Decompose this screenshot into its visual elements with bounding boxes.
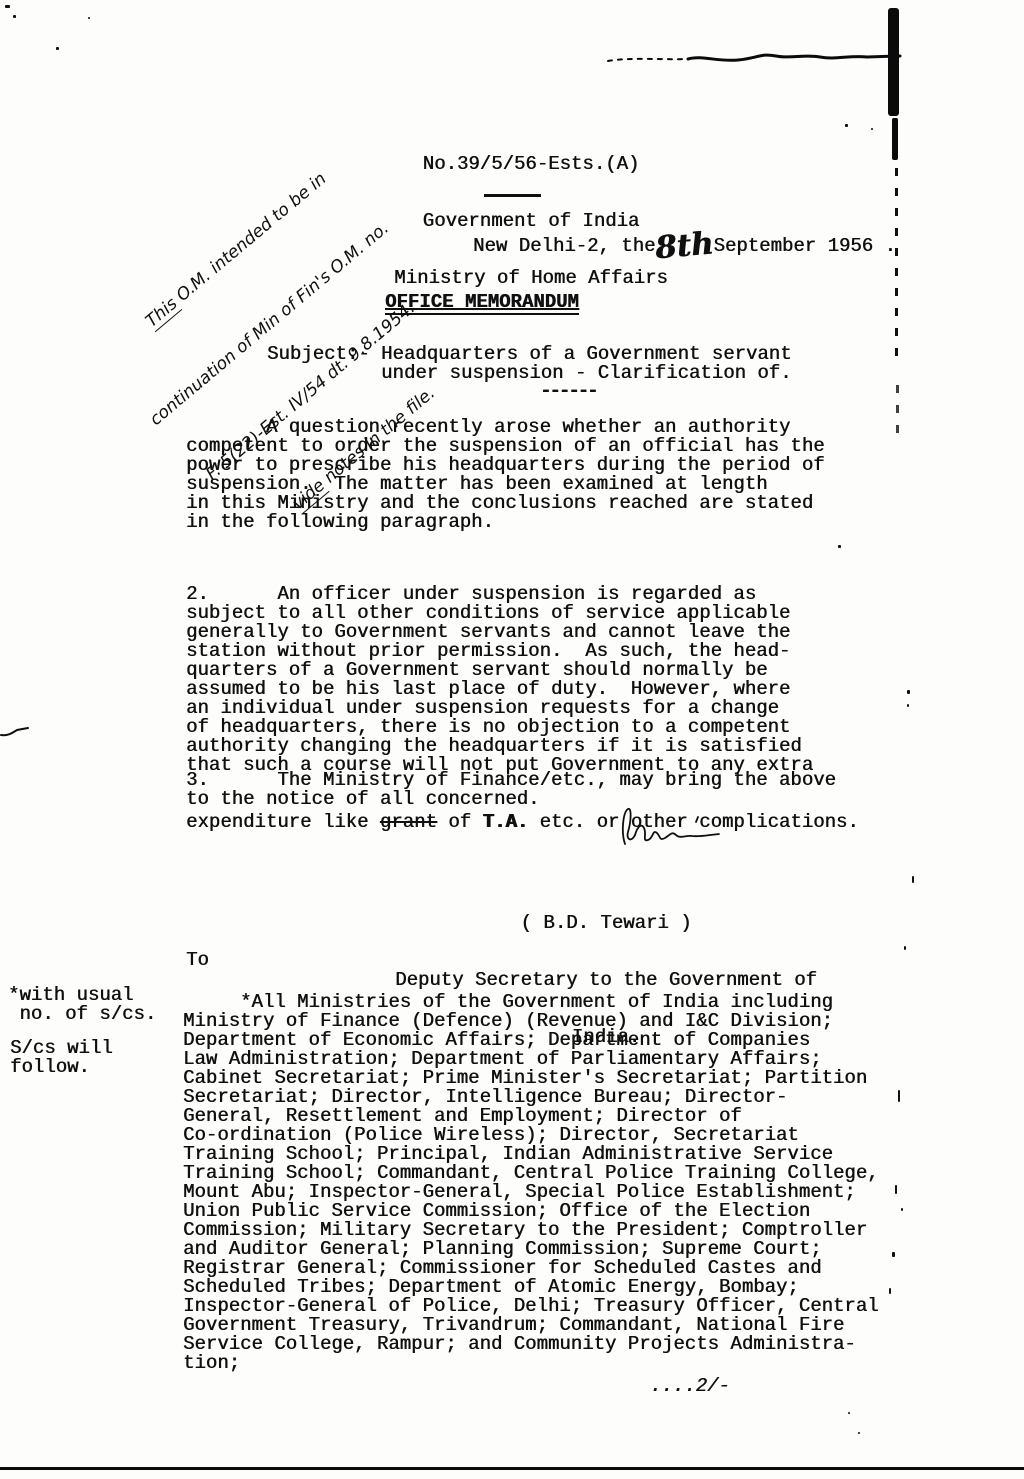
scan-speckle — [912, 876, 914, 883]
subject-block: Subject:- Headquarters of a Government s… — [267, 345, 792, 383]
letterhead-divider — [484, 194, 541, 197]
scan-edge-dashes — [895, 168, 898, 358]
scan-speckle — [858, 1432, 860, 1434]
scan-speckle — [838, 545, 841, 548]
margin-note-2: S/cs will follow. — [10, 1039, 113, 1077]
struck-word: grant — [380, 811, 437, 833]
margin-note-1: *with usual no. of s/cs. — [8, 986, 156, 1024]
scan-check-mark — [0, 722, 30, 738]
handwritten-date: 8th — [655, 234, 715, 259]
scan-speckle — [907, 704, 909, 707]
scan-speckle — [871, 128, 873, 130]
scan-speckle — [907, 690, 910, 694]
date-line: New Delhi-2, the8thSeptember 1956 . — [473, 236, 896, 256]
signatory-name: ( B.D. Tewari ) — [388, 914, 824, 933]
scan-speckle — [13, 15, 16, 18]
paragraph-2-last-line: expenditure like grant of T.A. etc. or o… — [186, 813, 859, 832]
ministry-name: Ministry of Home Affairs — [393, 269, 669, 288]
scan-speckle — [848, 1412, 850, 1414]
paragraph-2-lines: 2. An officer under suspension is regard… — [186, 585, 859, 775]
scan-speckle — [88, 17, 90, 19]
addressee-label: To — [186, 951, 209, 970]
subject-divider: ------ — [540, 382, 596, 401]
scan-speckle — [892, 1252, 895, 1257]
scan-edge-blob-tail — [892, 118, 898, 160]
government-name: Government of India — [393, 212, 669, 231]
scan-speckle — [898, 1090, 900, 1102]
paragraph-1: A question recently arose whether an aut… — [186, 418, 825, 532]
memo-title: OFFICE MEMORANDUM — [385, 293, 579, 315]
scan-speckle — [845, 124, 848, 127]
scan-speckle — [5, 5, 10, 8]
paragraph-3: 3. The Ministry of Finance/etc., may bri… — [186, 771, 836, 809]
scan-speckle — [889, 1288, 891, 1294]
page-continuation-marker: ....2/- — [650, 1377, 730, 1396]
signature-scribble — [618, 802, 728, 850]
scanned-memo-page: This O.M. intended to be in continuation… — [0, 0, 1024, 1479]
scan-edge-dashes-2 — [896, 385, 899, 440]
paragraph-2: 2. An officer under suspension is regard… — [186, 547, 859, 870]
scan-bottom-edge — [0, 1467, 1024, 1470]
signatory-designation: Deputy Secretary to the Government of — [388, 971, 824, 990]
scan-speckle — [904, 946, 906, 950]
addressee-list: *All Ministries of the Government of Ind… — [183, 993, 879, 1373]
reference-number: No.39/5/56-Ests.(A) — [393, 155, 669, 174]
overtyped-abbreviation: T.A. — [482, 811, 528, 833]
scan-speckle — [895, 1185, 897, 1194]
scan-wavy-line — [606, 48, 902, 68]
scan-speckle — [56, 47, 59, 50]
scan-speckle — [901, 1208, 903, 1211]
